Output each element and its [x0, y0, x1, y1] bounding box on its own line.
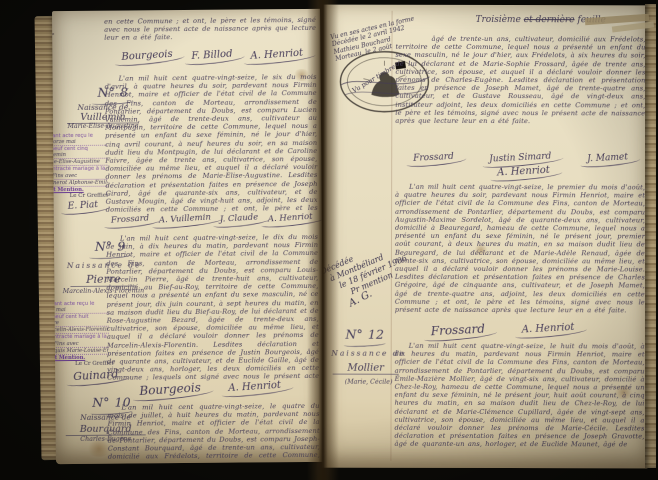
heading-part: Troisième: [476, 15, 521, 25]
birth-act-8-text: L'an mil huit cent quatre-vingt-seize, l…: [105, 73, 318, 213]
signature: F. Billod: [191, 49, 233, 62]
birth-act-10-text: L'an mil huit cent quatre-vingt-seize, l…: [107, 402, 319, 460]
signature: A. Vuillemin: [158, 212, 211, 225]
signature-row: Bourgeois A. Henriot: [125, 381, 295, 400]
birth-act-12-text: L'an mil huit cent quatre-vingt-seize, l…: [394, 342, 644, 463]
marriage-mention-stamp: Suivant acte reçu le quatorze mai mil ne…: [52, 133, 108, 193]
margin-act-surname: Mollier: [333, 363, 399, 375]
signature-row: Bourgeois F. Billod A. Henriot: [112, 49, 312, 71]
birth-act-11-text: L'an mil huit cent quatre-vingt-seize, l…: [395, 183, 645, 324]
signature-row: A. Henriot: [473, 166, 573, 180]
signature: A. Henriot: [497, 165, 550, 179]
register-right-page: Troisième et dernière feuille Vu en ses …: [322, 5, 650, 469]
signature: Justin Simard: [489, 152, 552, 165]
birth-act-10-continuation: âgé de trente-un ans, cultivateur, domic…: [395, 35, 645, 154]
signature-row: Frossard A. Vuillemin J. Claude A. Henri…: [106, 213, 318, 233]
stamp-line: a contracté mariage à la Mairie: [52, 334, 109, 341]
signature: J. Mamet: [587, 152, 628, 164]
heading-part-struck: et dernière: [524, 15, 575, 25]
scanned-register-photo: N° 8 Naissance de Vuillemin Marie-Elise-…: [0, 0, 658, 480]
signature-row: Frossard A. Henriot: [413, 323, 593, 339]
signature: Bourgeois: [121, 49, 173, 63]
signature: Bourgeois: [139, 380, 201, 398]
ink-speck: [52, 33, 54, 36]
birth-act-9-text: L'an mil huit cent quatre-vingt-seize, l…: [106, 233, 319, 383]
signature: Frossard: [110, 213, 149, 225]
signature: J. Claude: [220, 212, 259, 224]
register-left-page: N° 8 Naissance de Vuillemin Marie-Elise-…: [52, 9, 324, 464]
greffier-signature: E. Piat: [67, 200, 98, 212]
signature: A. Henriot: [228, 380, 281, 394]
margin-act-number: N° 12: [335, 327, 395, 347]
book-gutter-shadow: [307, 0, 339, 480]
stamp-line: a contracté mariage à la Mairie: [52, 166, 107, 173]
page-stack-right-edge: [645, 4, 656, 468]
signature: A. Henriot: [522, 322, 575, 336]
signature: Frossard: [413, 152, 454, 164]
signature: Frossard: [431, 322, 486, 339]
marriage-mention-stamp: Suivant acte reçu le neuf mai mil neuf c…: [52, 301, 109, 361]
greffier-label: Le Cr Greffier: [70, 193, 109, 199]
act-ending-fragment: en cette Commune ; et ont, le père et le…: [104, 16, 316, 45]
signature: A. Henriot: [250, 48, 303, 62]
